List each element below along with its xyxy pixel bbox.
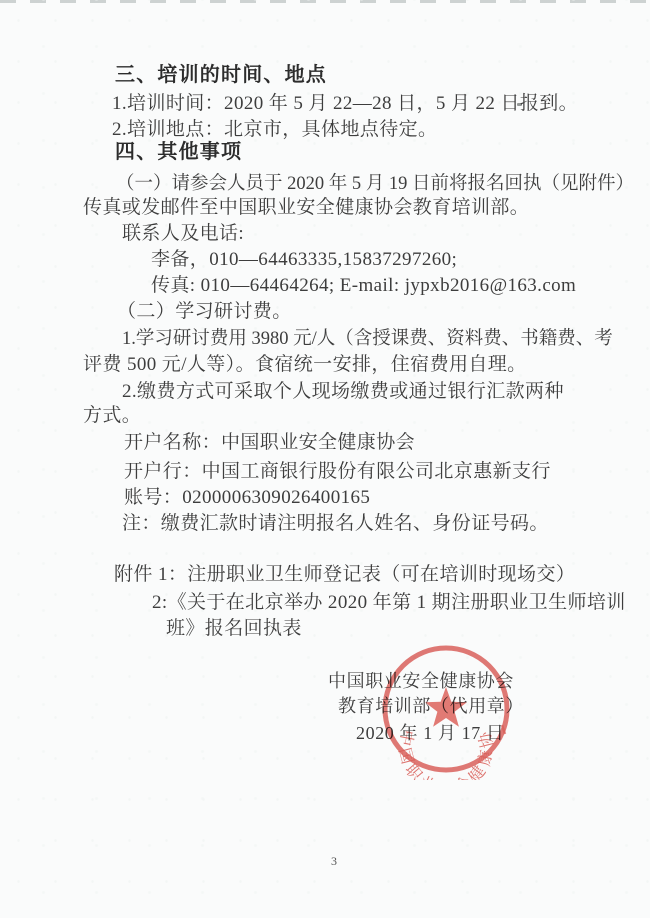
- seal-star-icon: [425, 687, 467, 727]
- section4-heading: 四、其他事项: [115, 139, 242, 165]
- attachment-line-2: 2:《关于在北京举办 2020 年第 1 期注册职业卫生师培训: [152, 590, 626, 616]
- attachment-line-1: 附件 1：注册职业卫生师登记表（可在培训时现场交）: [114, 562, 575, 588]
- account-number-line: 账号：0200006309026400165: [124, 485, 370, 511]
- contact-phone-line: 李备，010—64463335,15837297260;: [151, 247, 457, 273]
- account-name-line: 开户名称：中国职业安全健康协会: [124, 430, 415, 456]
- scan-edge-artifact: [0, 0, 650, 3]
- document-page: 三、培训的时间、地点 1.培训时间：2020 年 5 月 22—28 日，5 月…: [0, 0, 650, 918]
- bank-name-line: 开户行：中国工商银行股份有限公司北京惠新支行: [124, 459, 551, 485]
- remittance-note-line: 注：缴费汇款时请注明报名人姓名、身份证号码。: [122, 511, 549, 537]
- fee-section-title: （二）学习研讨费。: [117, 299, 292, 325]
- payment-line-1: 2.缴费方式可采取个人现场缴费或通过银行汇款两种: [122, 379, 564, 405]
- registration-line-1: （一）请参会人员于 2020 年 5 月 19 日前将报名回执（见附件）: [116, 171, 634, 197]
- contact-fax-email-line: 传真: 010—64464264; E-mail: jypxb2016@163.…: [151, 273, 576, 299]
- registration-line-2: 传真或发邮件至中国职业安全健康协会教育培训部。: [83, 195, 529, 221]
- training-time-line: 1.培训时间：2020 年 5 月 22—28 日，5 月 22 日报到。: [112, 91, 578, 117]
- attachment-line-3: 班》报名回执表: [166, 616, 302, 642]
- fee-line-2: 评费 500 元/人等）。食宿统一安排，住宿费用自理。: [83, 352, 527, 378]
- section3-heading: 三、培训的时间、地点: [115, 62, 327, 88]
- payment-line-2: 方式。: [83, 403, 141, 429]
- contact-label: 联系人及电话:: [122, 221, 244, 247]
- page-number: 3: [331, 848, 337, 874]
- fee-line-1: 1.学习研讨费用 3980 元/人（含授课费、资料费、书籍费、考: [122, 326, 613, 352]
- official-seal-stamp: 中国职业安全健康协会: [376, 640, 516, 780]
